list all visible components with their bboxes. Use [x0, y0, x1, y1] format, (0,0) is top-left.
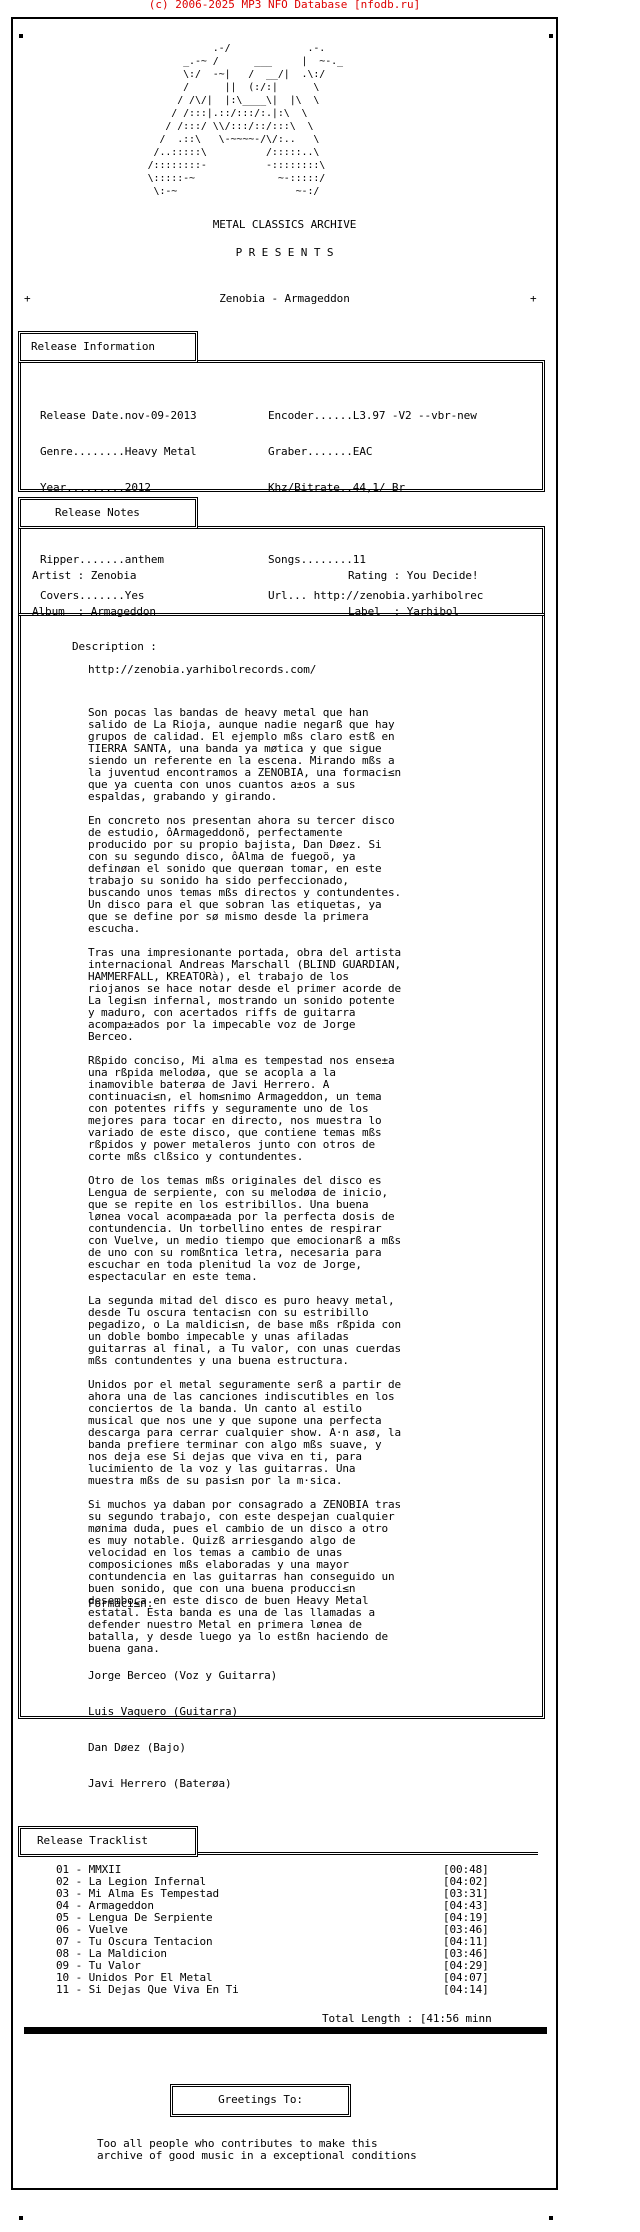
lineup-member: Javi Herrero (Baterøa): [88, 1778, 277, 1790]
track-length: [04:14]: [443, 1984, 489, 1996]
description-url[interactable]: http://zenobia.yarhibolrecords.com/: [88, 664, 316, 676]
ascii-logo: .-/ .-. _.-~ / ___ | ~-._ \:/ -~| / __/|…: [118, 42, 343, 198]
info-graber: Graber.......EAC: [268, 446, 483, 458]
plus-right-icon: +: [530, 293, 537, 305]
description-paragraph: Rßpido conciso, Mi alma es tempestad nos…: [88, 1055, 401, 1163]
release-notes-header-box: Artist : Zenobia Album : Armageddon Rati…: [18, 526, 545, 616]
tab-release-tracklist[interactable]: Release Tracklist: [18, 1826, 198, 1857]
greetings-box: Greetings To:: [170, 2084, 351, 2117]
info-bitrate: Khz/Bitrate..44,1/ Br: [268, 482, 483, 494]
tracklist: 01 - MMXII[00:48]02 - La Legion Infernal…: [56, 1864, 506, 1996]
description-paragraph: Son pocas las bandas de heavy metal que …: [88, 707, 401, 803]
description-paragraph: La segunda mitad del disco es puro heavy…: [88, 1295, 401, 1367]
release-title: Zenobia - Armageddon: [11, 293, 558, 305]
tab-label: Release Notes: [55, 507, 140, 519]
logo-caption: METAL CLASSICS ARCHIVE: [11, 219, 558, 231]
lineup-heading: Formaci≤n:: [88, 1598, 277, 1610]
description-paragraph: Unidos por el metal seguramente serß a p…: [88, 1379, 401, 1487]
tab-release-notes[interactable]: Release Notes: [18, 497, 198, 529]
greetings-text: Too all people who contributes to make t…: [97, 2138, 417, 2162]
lineup-member: Dan Døez (Bajo): [88, 1742, 277, 1754]
info-year: Year.........2012: [40, 482, 197, 494]
description-paragraphs: Son pocas las bandas de heavy metal que …: [88, 707, 401, 1667]
lineup-section: Formaci≤n: Jorge Berceo (Voz y Guitarra)…: [88, 1574, 277, 1814]
info-release-date: Release Date.nov-09-2013: [40, 410, 197, 422]
corner-square-icon: [19, 2216, 23, 2220]
tab-label: Release Information: [31, 341, 155, 353]
lineup-member: Luis Vaquero (Guitarra): [88, 1706, 277, 1718]
greetings-title: Greetings To:: [173, 2094, 348, 2106]
release-notes-description-box: Description : http://zenobia.yarhibolrec…: [18, 613, 545, 1719]
total-length: Total Length : [41:56 minn: [322, 2013, 492, 2025]
corner-square-icon: [19, 34, 23, 38]
tab-release-information[interactable]: Release Information: [18, 331, 198, 363]
artist-line: Artist : Zenobia: [32, 570, 156, 582]
copyright-banner[interactable]: (c) 2006-2025 MP3 NFO Database [nfodb.ru…: [0, 0, 569, 12]
lineup-member: Jorge Berceo (Voz y Guitarra): [88, 1670, 277, 1682]
tab-rule: [196, 1852, 538, 1855]
info-genre: Genre........Heavy Metal: [40, 446, 197, 458]
release-information-box: Release Date.nov-09-2013 Genre........He…: [18, 360, 545, 492]
description-heading: Description :: [72, 641, 157, 653]
description-paragraph: Tras una impresionante portada, obra del…: [88, 947, 401, 1043]
track-row: 11 - Si Dejas Que Viva En Ti[04:14]: [56, 1984, 506, 1996]
corner-square-icon: [549, 34, 553, 38]
description-paragraph: En concreto nos presentan ahora su terce…: [88, 815, 401, 935]
description-paragraph: Otro de los temas mßs originales del dis…: [88, 1175, 401, 1283]
corner-square-icon: [549, 2216, 553, 2220]
track-title: 11 - Si Dejas Que Viva En Ti: [56, 1983, 239, 1996]
info-encoder: Encoder......L3.97 -V2 --vbr-new: [268, 410, 483, 422]
tab-label: Release Tracklist: [37, 1835, 148, 1847]
thick-divider: [24, 2027, 547, 2034]
rating-line: Rating : You Decide!: [348, 570, 478, 582]
presents-heading: P R E S E N T S: [11, 247, 558, 259]
